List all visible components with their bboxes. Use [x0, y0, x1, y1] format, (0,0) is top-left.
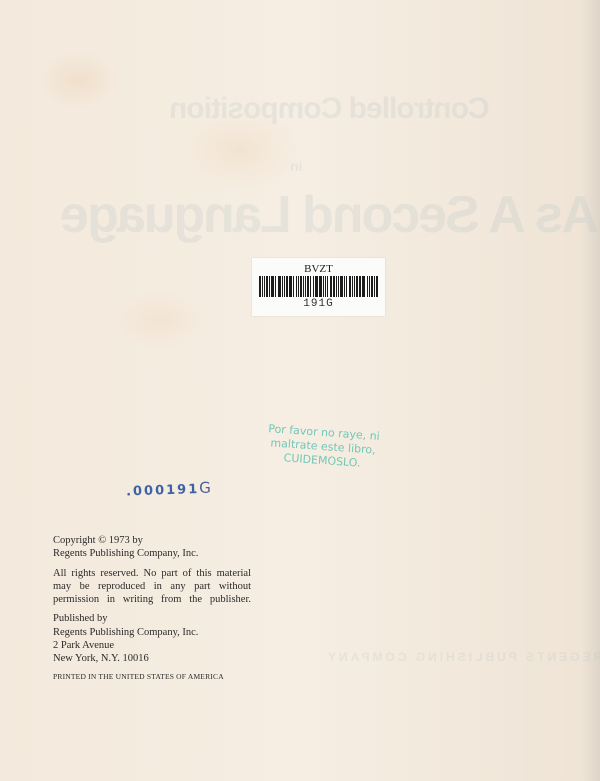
- printed-in-usa: PRINTED IN THE UNITED STATES OF AMERICA: [53, 672, 224, 681]
- rights-block: All rights reserved. No part of this mat…: [53, 567, 251, 607]
- rights-line: permission in writing from the publisher…: [53, 593, 251, 606]
- bleed-through-title-line3: English As A Second Language: [62, 185, 600, 245]
- bleed-through-title-line2: in: [290, 158, 302, 174]
- rights-line: may be reproduced in any part without: [53, 580, 251, 593]
- barcode-label: BVZT 191G: [252, 258, 385, 316]
- barcode-number: 191G: [252, 298, 385, 310]
- barcode-bars: [259, 276, 378, 297]
- accession-digits: .000191: [126, 482, 200, 500]
- accession-number: .000191G: [126, 478, 213, 499]
- publisher-line: Published by: [53, 613, 108, 624]
- publisher-line: New York, N.Y. 10016: [53, 653, 149, 664]
- rights-line: All rights reserved. No part of this mat…: [53, 567, 251, 580]
- publisher-block: Published by Regents Publishing Company,…: [53, 612, 251, 665]
- library-stamp: Por favor no raye, ni maltrate este libr…: [257, 422, 390, 473]
- bleed-through-publisher: REGENTS PUBLISHING COMPANY: [325, 650, 600, 664]
- barcode-top-text: BVZT: [252, 263, 385, 275]
- copyright-line: Copyright © 1973 by: [53, 535, 143, 546]
- bleed-through-title-line1: Controlled Composition: [170, 92, 490, 126]
- publisher-line: 2 Park Avenue: [53, 640, 114, 651]
- copyright-imprint: Copyright © 1973 by Regents Publishing C…: [53, 534, 251, 672]
- copyright-block: Copyright © 1973 by Regents Publishing C…: [53, 534, 251, 561]
- copyright-holder: Regents Publishing Company, Inc.: [53, 548, 198, 559]
- accession-suffix: G: [199, 478, 213, 496]
- publisher-line: Regents Publishing Company, Inc.: [53, 627, 198, 638]
